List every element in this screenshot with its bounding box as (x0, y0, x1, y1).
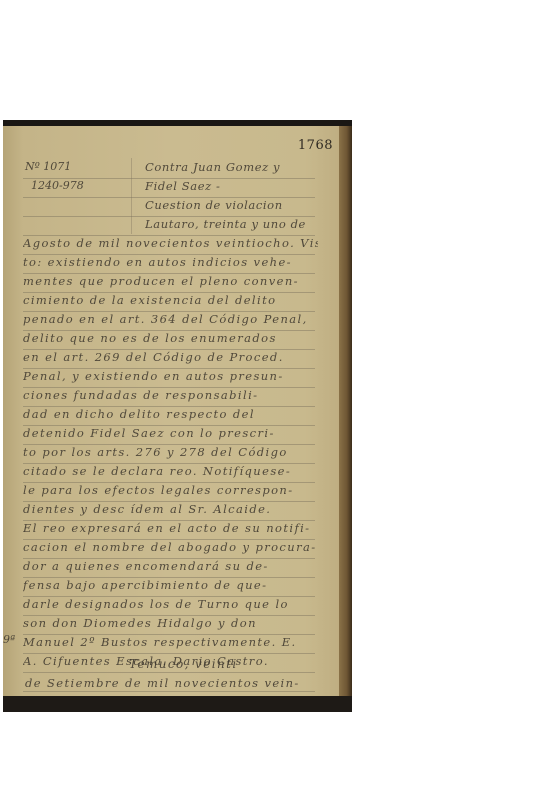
body-line: delito que no es de los enumerados (23, 331, 318, 345)
column-divider (131, 158, 132, 234)
side-mark: 9ª (3, 633, 15, 646)
heading-line: Cuestion de violacion (145, 198, 320, 212)
body-line: son don Diomedes Hidalgo y don (23, 616, 318, 630)
body-line: cacion el nombre del abogado y procura- (23, 540, 318, 554)
body-line: dad en dicho delito respecto del (23, 407, 318, 421)
body-line: ciones fundadas de responsabili- (23, 388, 318, 402)
body-line: Agosto de mil novecientos veintiocho. Vi… (23, 236, 318, 250)
folio-number: 1768 (298, 138, 333, 153)
case-number: Nº 1071 (25, 160, 71, 173)
ruled-line (23, 672, 315, 673)
body-line: darle designados los de Turno que lo (23, 597, 318, 611)
heading-line: Contra Juan Gomez y (145, 160, 320, 174)
body-line: le para los efectos legales correspon- (23, 483, 318, 497)
ruled-line (23, 691, 315, 692)
binding-shadow (3, 696, 352, 712)
heading-line: Lautaro, treinta y uno de (145, 217, 320, 231)
body-line: mentes que producen el pleno conven- (23, 274, 318, 288)
body-line: Penal, y existiendo en autos presun- (23, 369, 318, 383)
ledger-page: 1768 Nº 1071 1240-978 9ª (3, 126, 339, 696)
body-line: citado se le declara reo. Notifíquese- (23, 464, 318, 478)
body-line: Manuel 2º Bustos respectivamente. E. (23, 635, 318, 649)
document-scan: 1768 Nº 1071 1240-978 9ª (3, 120, 352, 712)
reference-number: 1240-978 (31, 179, 84, 192)
body-line: detenido Fidel Saez con lo prescri- (23, 426, 318, 440)
body-line: dientes y desc ídem al Sr. Alcaide. (23, 502, 318, 516)
closing-line: de Setiembre de mil novecientos vein- (25, 676, 320, 690)
page-edge (339, 126, 352, 696)
body-line: penado en el art. 364 del Código Penal, (23, 312, 318, 326)
body-line: to: existiendo en autos indicios vehe- (23, 255, 318, 269)
body-line: fensa bajo apercibimiento de que- (23, 578, 318, 592)
body-line: cimiento de la existencia del delito (23, 293, 318, 307)
body-line: El reo expresará en el acto de su notifi… (23, 521, 318, 535)
body-line: to por los arts. 276 y 278 del Código (23, 445, 318, 459)
closing-line: Temuco, veinti (129, 657, 319, 671)
heading-line: Fidel Saez - (145, 179, 320, 193)
body-line: dor a quienes encomendará su de- (23, 559, 318, 573)
body-line: en el art. 269 del Código de Proced. (23, 350, 318, 364)
